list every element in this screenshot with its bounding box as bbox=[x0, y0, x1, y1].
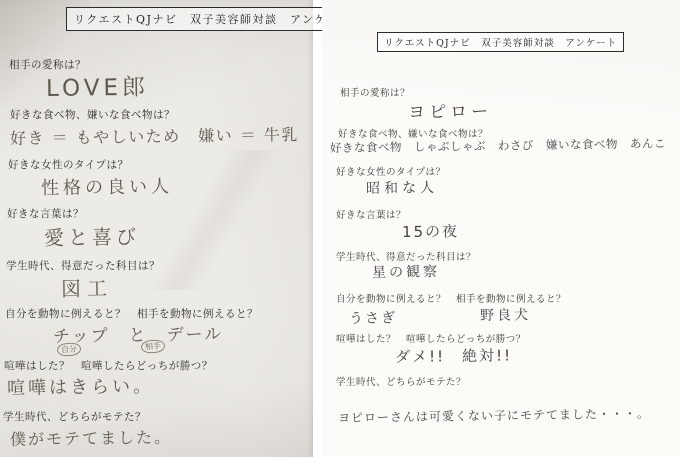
answer-popular: 僕がモテてました。 bbox=[10, 425, 172, 450]
answer-food: 好き ＝ もやしいため 嫌い ＝ 牛乳 bbox=[10, 122, 299, 149]
answer-food: 好きな食べ物 しゃぶしゃぶ わさび 嫌いな食べ物 あんこ bbox=[330, 135, 666, 156]
answer-word: 愛と喜び bbox=[44, 221, 140, 251]
answer-nickname: LOVE郎 bbox=[46, 69, 149, 103]
question-word: 好きな言葉は？ bbox=[7, 206, 84, 221]
answer-fight: ダメ!! 絶対!! bbox=[395, 344, 512, 367]
questionnaire-sheet-left: リクエストQJナビ 双子美容師対談 アンケート 相手の愛称は？ LOVE郎 好き… bbox=[0, 0, 313, 457]
annotation-self: 自分 bbox=[57, 342, 82, 357]
question-animal: 自分を動物に例えると？ 相手を動物に例えると？ bbox=[336, 291, 566, 305]
question-fight: 喧嘩はした？ 喧嘩したらどっちが勝つ？ bbox=[336, 331, 526, 345]
answer-popular: ヨピローさんは可愛くない子にモテてました・・・。 bbox=[338, 405, 650, 426]
sheet-title: リクエストQJナビ 双子美容師対談 アンケート bbox=[377, 32, 624, 52]
question-nickname: 相手の愛称は？ bbox=[340, 85, 410, 99]
answer-type: 昭和な人 bbox=[366, 177, 438, 198]
answer-subject: 図工 bbox=[61, 272, 113, 302]
answer-subject: 星の観察 bbox=[372, 261, 440, 282]
answer-animal: チップ と デール bbox=[53, 320, 223, 347]
question-subject: 学生時代、得意だった科目は？ bbox=[6, 258, 160, 273]
question-popular: 学生時代、どちらがモテた？ bbox=[336, 374, 466, 388]
answer-animal-partner: 野良犬 bbox=[480, 304, 531, 325]
question-type: 好きな女性のタイプは？ bbox=[336, 164, 446, 178]
question-popular: 学生時代、どちらがモテた？ bbox=[3, 409, 146, 424]
question-type: 好きな女性のタイプは？ bbox=[8, 157, 128, 172]
answer-fight: 喧嘩はきらい。 bbox=[7, 372, 154, 400]
questionnaire-sheet-right: リクエストQJナビ 双子美容師対談 アンケート 相手の愛称は？ ヨピロー 好きな… bbox=[322, 0, 680, 457]
question-food: 好きな食べ物、嫌いな食べ物は？ bbox=[10, 107, 175, 122]
answer-word: 15の夜 bbox=[402, 220, 459, 242]
answer-nickname: ヨピロー bbox=[408, 97, 492, 123]
answer-animal-self: うさぎ bbox=[349, 307, 397, 328]
annotation-partner: 相手 bbox=[141, 339, 166, 354]
answer-type: 性格の良い人 bbox=[41, 172, 173, 200]
question-word: 好きな言葉は？ bbox=[336, 207, 406, 221]
question-fight: 喧嘩はした？ 喧嘩したらどっちが勝つ？ bbox=[4, 358, 213, 373]
sheet-title: リクエストQJナビ 双子美容師対談 アンケート bbox=[66, 7, 360, 31]
